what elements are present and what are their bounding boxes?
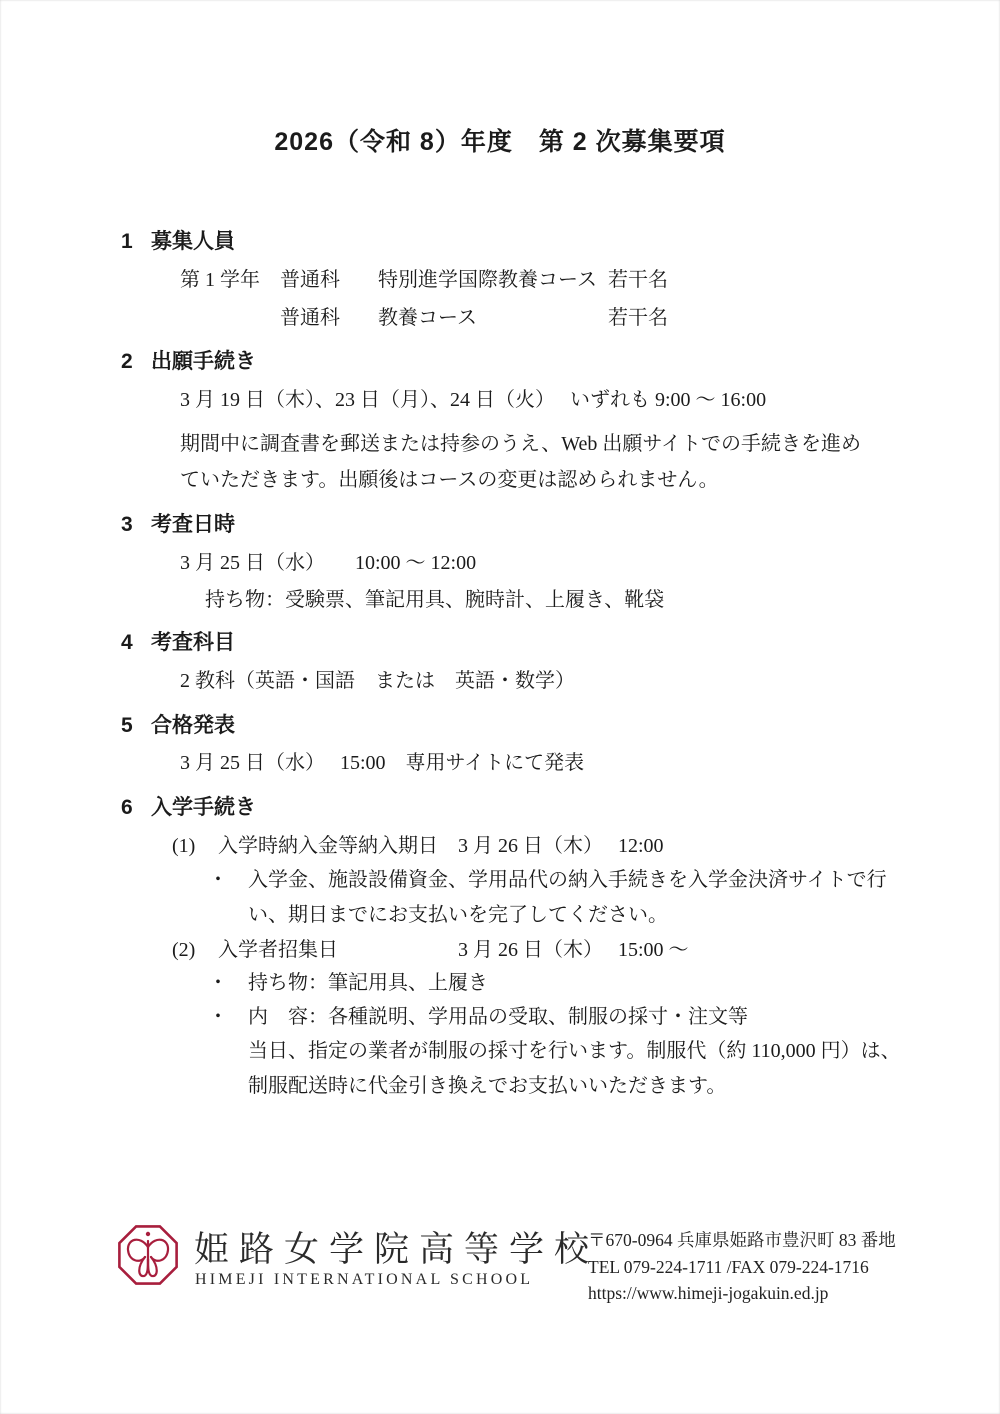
item-marker: (1) xyxy=(172,832,218,860)
school-name-english: HIMEJI INTERNATIONAL SCHOOL xyxy=(195,1271,533,1289)
page-title: 2026（令和 8）年度 第 2 次募集要項 xyxy=(0,122,1000,158)
item-marker: (2) xyxy=(172,936,218,964)
enrollment-item-1: (1) 入学時納入金等納入期日 3 月 26 日（木） 12:00 xyxy=(172,832,664,860)
section-heading-recruitment: 1 募集人員 xyxy=(121,228,235,256)
bullet-text: 持ち物：筆記用具、上履き xyxy=(248,969,488,997)
section-heading-label: 募集人員 xyxy=(151,228,235,256)
application-note-line: ていただきます。出願後はコースの変更は認められません。 xyxy=(180,466,719,494)
quota-cell: 若干名 xyxy=(608,266,668,294)
document-page: 2026（令和 8）年度 第 2 次募集要項 1 募集人員 第 1 学年 普通科… xyxy=(0,0,1000,1414)
recruitment-row: 普通科 教養コース 若干名 xyxy=(180,304,668,332)
bullet-icon: ・ xyxy=(208,866,248,894)
enrollment-bullet: ・ 持ち物：筆記用具、上履き xyxy=(208,969,488,997)
item-label: 入学者招集日 xyxy=(218,936,458,964)
enrollment-item-2: (2) 入学者招集日 3 月 26 日（木） 15:00 ～ xyxy=(172,936,689,964)
section-heading-announcement: 5 合格発表 xyxy=(121,712,235,740)
quota-cell: 若干名 xyxy=(608,304,668,332)
section-heading-exam-datetime: 3 考査日時 xyxy=(121,511,235,539)
bullet-text: 入学金、施設設備資金、学用品代の納入手続きを入学金決済サイトで行 xyxy=(248,866,887,894)
section-number: 4 xyxy=(121,629,151,657)
item-value: 3 月 26 日（木） 15:00 ～ xyxy=(458,936,689,964)
section-heading-label: 考査日時 xyxy=(151,511,235,539)
school-crest-icon xyxy=(114,1221,182,1289)
section-number: 5 xyxy=(121,712,151,740)
section-heading-label: 合格発表 xyxy=(151,712,235,740)
uniform-note-line: 当日、指定の業者が制服の採寸を行います。制服代（約 110,000 円）は、 xyxy=(248,1037,901,1065)
item-value: 3 月 26 日（木） 12:00 xyxy=(458,832,664,860)
application-dates: 3 月 19 日（木）、23 日（月）、24 日（火） いずれも 9:00 ～ … xyxy=(180,386,766,414)
exam-schedule: 3 月 25 日（水） 10:00 ～ 12:00 xyxy=(180,549,476,577)
uniform-note-line: 制服配送時に代金引き換えでお支払いいただきます。 xyxy=(248,1072,726,1100)
enrollment-bullet: ・ 内 容：各種説明、学用品の受取、制服の採寸・注文等 xyxy=(208,1003,748,1031)
exam-subjects: 2 教科（英語・国語 または 英語・数学） xyxy=(180,667,575,695)
department-cell: 普通科 xyxy=(280,266,378,294)
section-heading-label: 考査科目 xyxy=(151,629,235,657)
recruitment-row: 第 1 学年 普通科 特別進学国際教養コース 若干名 xyxy=(180,266,668,294)
tel-fax: TEL 079-224-1711 /FAX 079-224-1716 xyxy=(588,1254,896,1281)
grade-cell xyxy=(180,304,280,332)
section-heading-application: 2 出願手続き xyxy=(121,348,256,376)
course-cell: 特別進学国際教養コース xyxy=(378,266,608,294)
section-heading-exam-subjects: 4 考査科目 xyxy=(121,629,235,657)
enrollment-bullet: ・ 入学金、施設設備資金、学用品代の納入手続きを入学金決済サイトで行 xyxy=(208,866,887,894)
application-note-line: 期間中に調査書を郵送または持参のうえ、Web 出願サイトでの手続きを進め xyxy=(180,430,861,458)
bullet-icon: ・ xyxy=(208,1003,248,1031)
school-name-japanese: 姫路女学院高等学校 xyxy=(194,1222,599,1272)
item-label: 入学時納入金等納入期日 xyxy=(218,832,458,860)
section-heading-label: 出願手続き xyxy=(151,348,256,376)
enrollment-note-continuation: い、期日までにお支払いを完了してください。 xyxy=(248,901,668,929)
section-number: 3 xyxy=(121,511,151,539)
announcement-schedule: 3 月 25 日（水） 15:00 専用サイトにて発表 xyxy=(180,749,584,777)
section-heading-enrollment: 6 入学手続き xyxy=(121,794,256,822)
bullet-text: 内 容：各種説明、学用品の受取、制服の採寸・注文等 xyxy=(248,1003,748,1031)
grade-cell: 第 1 学年 xyxy=(180,266,280,294)
website-url: https://www.himeji-jogakuin.ed.jp xyxy=(588,1280,896,1307)
bullet-icon: ・ xyxy=(208,969,248,997)
section-number: 1 xyxy=(121,228,151,256)
course-cell: 教養コース xyxy=(378,304,608,332)
postal-address: 〒670-0964 兵庫県姫路市豊沢町 83 番地 xyxy=(588,1227,896,1254)
department-cell: 普通科 xyxy=(280,304,378,332)
exam-belongings: 持ち物：受験票、筆記用具、腕時計、上履き、靴袋 xyxy=(205,586,664,614)
section-number: 6 xyxy=(121,794,151,822)
contact-block: 〒670-0964 兵庫県姫路市豊沢町 83 番地 TEL 079-224-17… xyxy=(588,1227,896,1307)
section-number: 2 xyxy=(121,348,151,376)
section-heading-label: 入学手続き xyxy=(151,794,256,822)
